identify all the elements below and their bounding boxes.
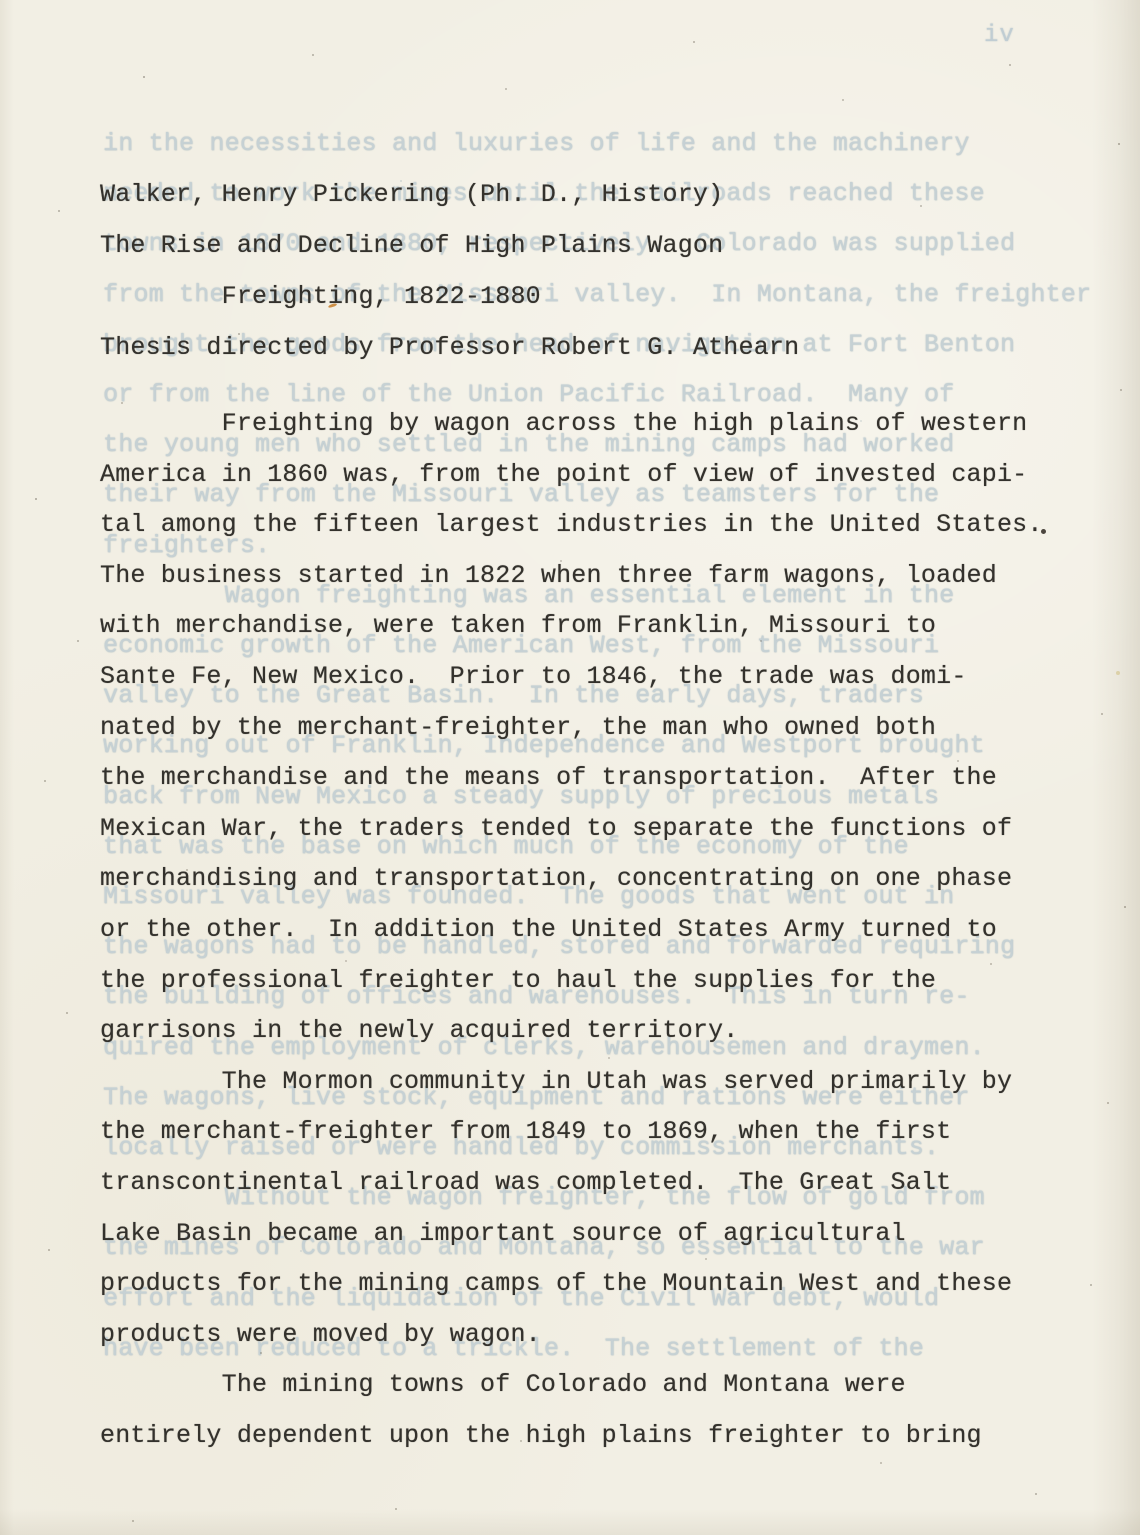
header-line: The Rise and Decline of High Plains Wago… — [100, 220, 799, 271]
ink-speck — [1041, 529, 1046, 534]
body-line: The mining towns of Colorado and Montana… — [100, 1360, 1043, 1411]
body-line: The business started in 1822 when three … — [100, 551, 1043, 602]
abstract-header-block: Walker, Henry Pickering (Ph. D., History… — [100, 169, 799, 373]
header-line: Freighting, 1822-1880 — [100, 271, 799, 322]
page-edge-shadow-left — [0, 0, 14, 1535]
body-line: the merchant-freighter from 1849 to 1869… — [100, 1107, 1043, 1158]
abstract-body-block: Freighting by wagon across the high plai… — [100, 399, 1043, 1461]
body-line: The Mormon community in Utah was served … — [100, 1057, 1043, 1108]
body-line: garrisons in the newly acquired territor… — [100, 1006, 1043, 1057]
body-line: merchandising and transportation, concen… — [100, 854, 1043, 905]
page-edge-shadow-bottom — [0, 1509, 1140, 1535]
body-line: products for the mining camps of the Mou… — [100, 1259, 1043, 1310]
body-line: Mexican War, the traders tended to separ… — [100, 804, 1043, 855]
page-number: iv — [984, 22, 1015, 49]
body-line: transcontinental railroad was completed.… — [100, 1158, 1043, 1209]
body-line: the merchandise and the means of transpo… — [100, 753, 1043, 804]
body-line: entirely dependent upon the high plains … — [100, 1411, 1043, 1462]
page-edge-shadow-right — [1092, 0, 1140, 1535]
ghost-line: in the necessities and luxuries of life … — [103, 119, 1091, 169]
body-line: nated by the merchant-freighter, the man… — [100, 703, 1043, 754]
body-line: with merchandise, were taken from Frankl… — [100, 601, 1043, 652]
body-line: Freighting by wagon across the high plai… — [100, 399, 1043, 450]
body-line: America in 1860 was, from the point of v… — [100, 450, 1043, 501]
body-line: the professional freighter to haul the s… — [100, 956, 1043, 1007]
header-line: Thesis directed by Professor Robert G. A… — [100, 322, 799, 373]
header-line: Walker, Henry Pickering (Ph. D., History… — [100, 169, 799, 220]
body-line: or the other. In addition the United Sta… — [100, 905, 1043, 956]
body-line: Lake Basin became an important source of… — [100, 1209, 1043, 1260]
body-line: tal among the fifteen largest industries… — [100, 500, 1043, 551]
body-line: products were moved by wagon. — [100, 1310, 1043, 1361]
body-line: Sante Fe, New Mexico. Prior to 1846, the… — [100, 652, 1043, 703]
scanned-page: iv in the necessities and luxuries of li… — [0, 0, 1140, 1535]
